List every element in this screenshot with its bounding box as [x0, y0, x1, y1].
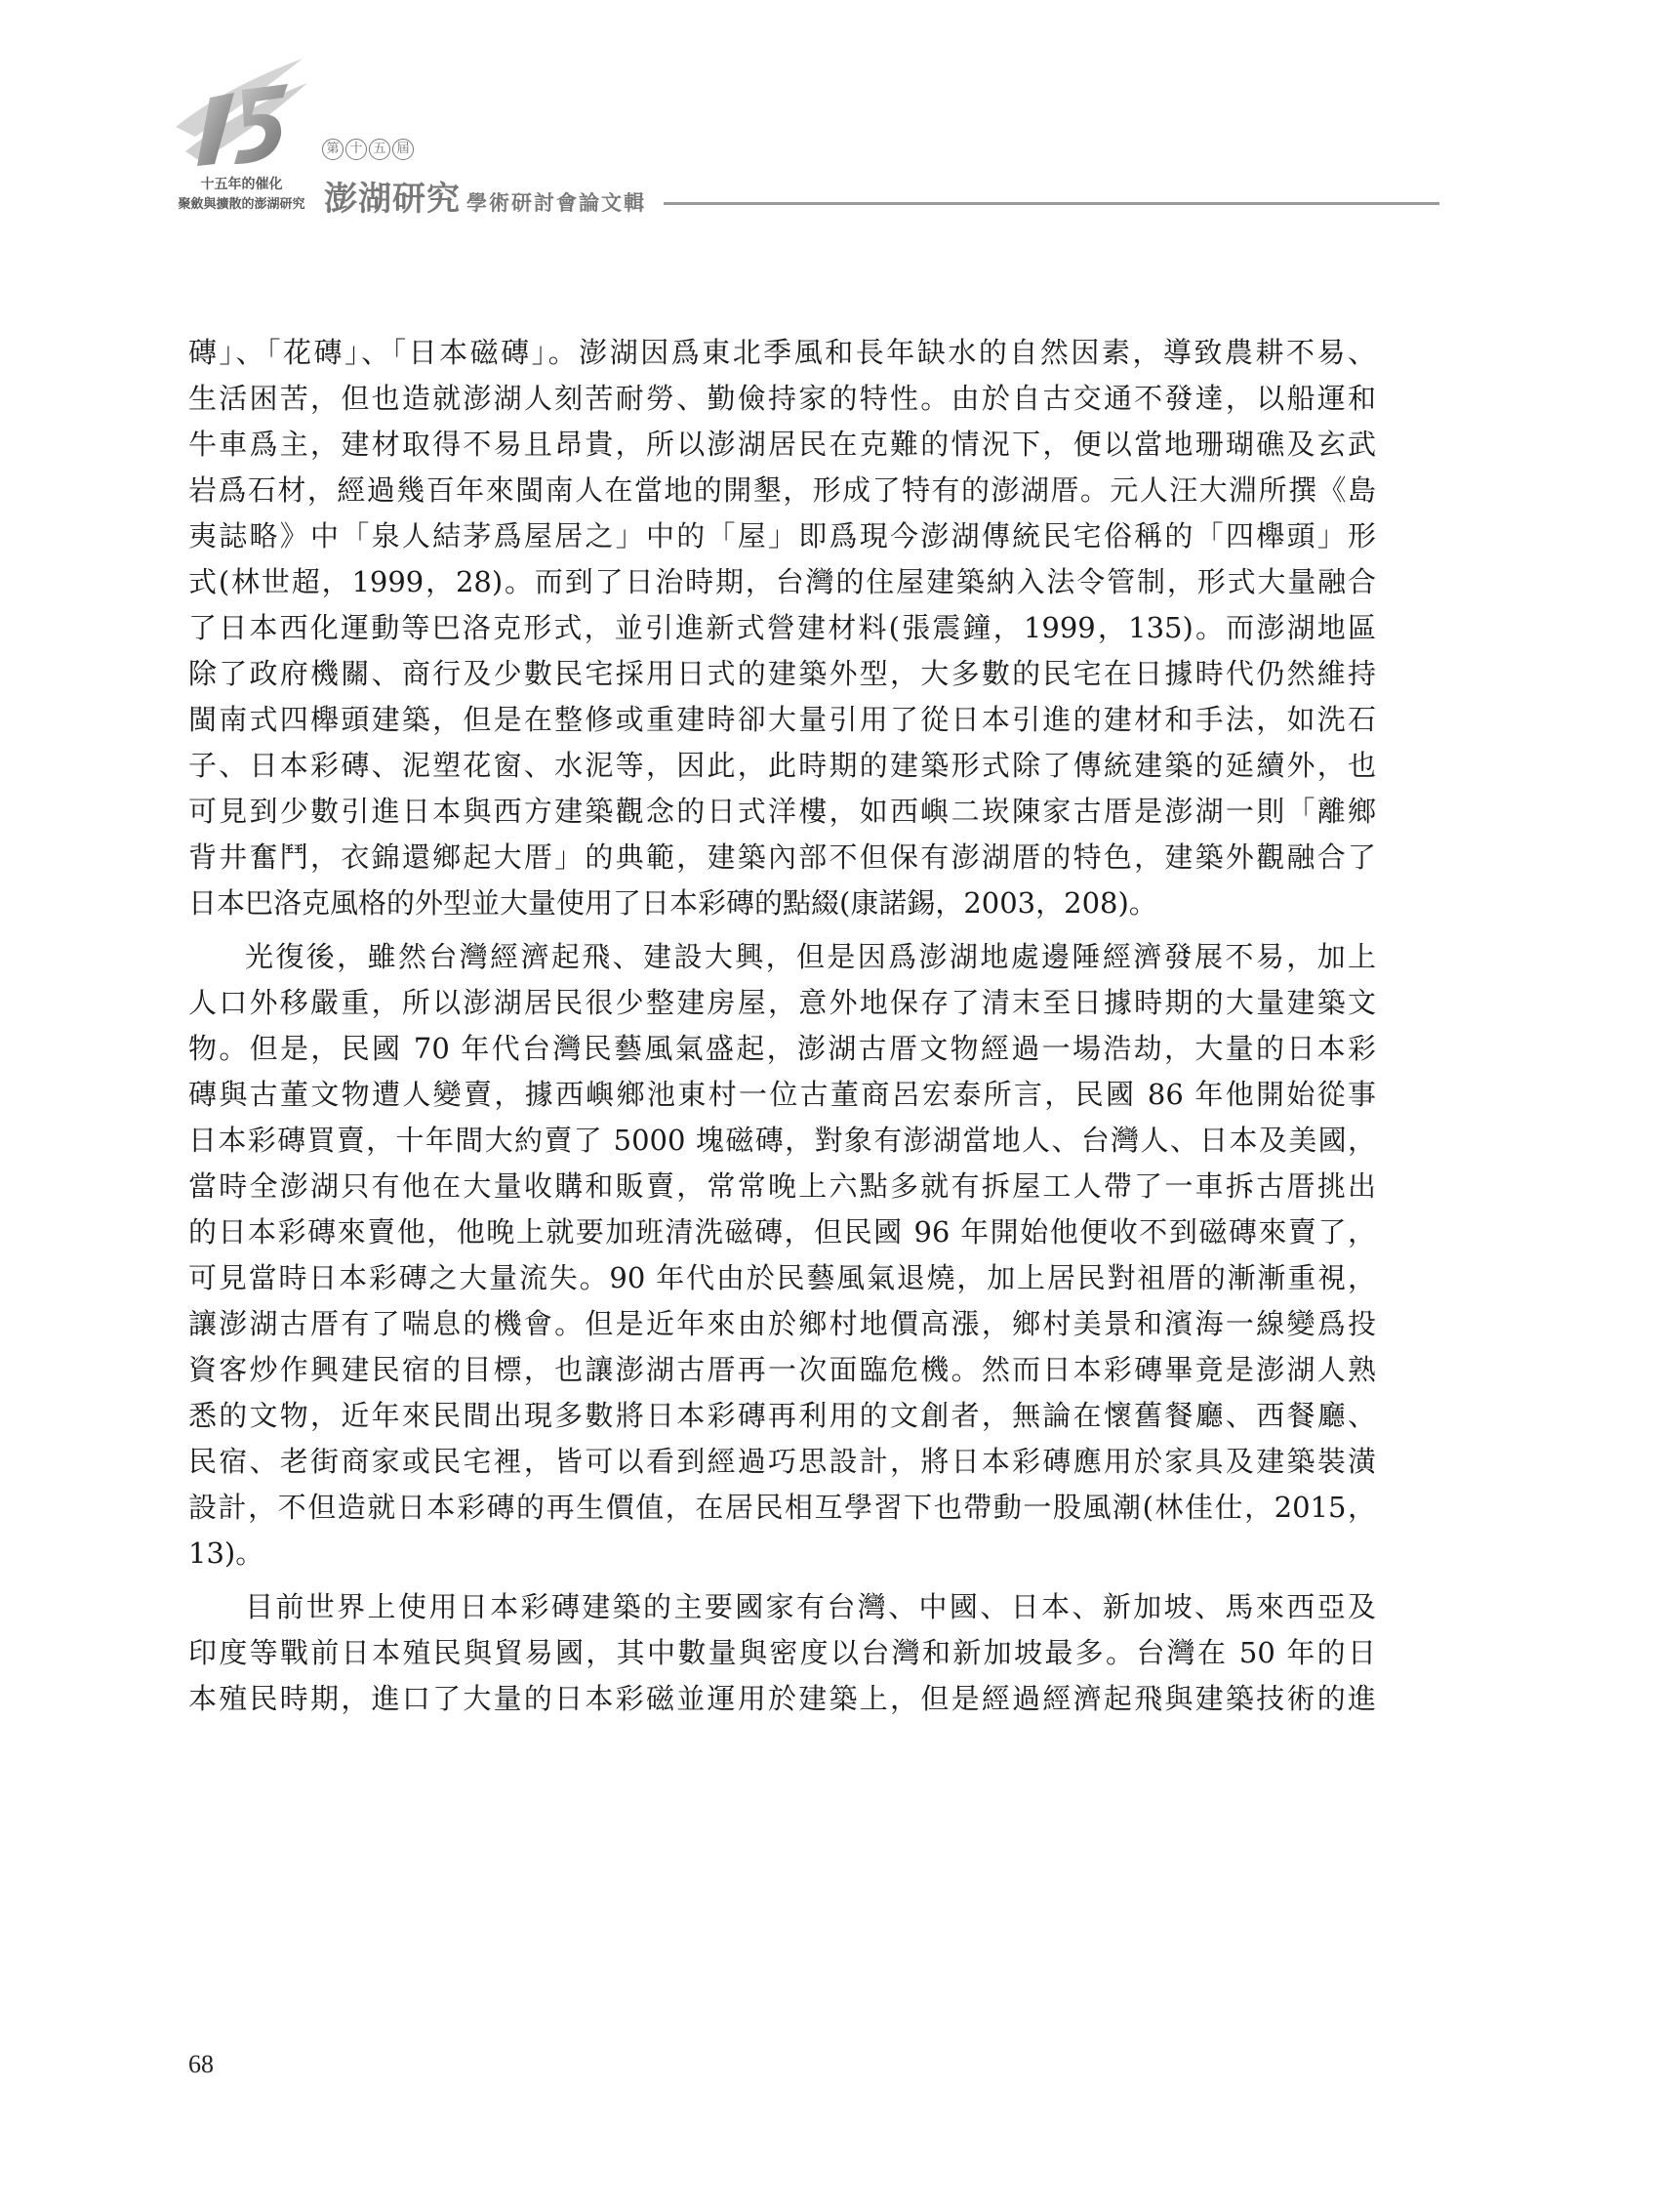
- text-line: 當時全澎湖只有他在大量收購和販賣，常常晚上六點多就有拆屋工人帶了一車拆古厝挑出: [188, 1164, 1376, 1209]
- paragraph-1: 磚」、「花磚」、「日本磁磚」。澎湖因爲東北季風和長年缺水的自然因素，導致農耕不易…: [188, 330, 1376, 926]
- text-line: 物。但是，民國 70 年代台灣民藝風氣盛起，澎湖古厝文物經過一場浩劫，大量的日本…: [188, 1026, 1376, 1072]
- journal-title-sub: 學術研討會論文輯: [466, 191, 646, 215]
- text-line: 印度等戰前日本殖民與貿易國，其中數量與密度以台灣和新加坡最多。台灣在 50 年的…: [188, 1630, 1376, 1676]
- page-number: 68: [188, 2050, 214, 2079]
- journal-title: 澎湖研究學術研討會論文輯: [324, 172, 646, 220]
- text-line: 人口外移嚴重，所以澎湖居民很少整建房屋，意外地保存了清末至日據時期的大量建築文: [188, 980, 1376, 1026]
- text-line: 可見當時日本彩磚之大量流失。90 年代由於民藝風氣退燒，加上居民對祖厝的漸漸重視…: [188, 1255, 1376, 1301]
- paragraph-gap: [188, 926, 1376, 934]
- text-line: 式(林世超，1999，28)。而到了日治時期，台灣的住屋建築納入法令管制，形式大…: [188, 559, 1376, 605]
- text-line: 除了政府機關、商行及少數民宅採用日式的建築外型，大多數的民宅在日據時代仍然維持: [188, 651, 1376, 697]
- edition-char: 屆: [392, 139, 414, 160]
- paragraph-gap: [188, 1577, 1376, 1584]
- text-line: 日本巴洛克風格的外型並大量使用了日本彩磚的點綴(康諾錫，2003，208)。: [188, 881, 1376, 926]
- edition-char: 第: [322, 139, 344, 160]
- paragraph-2: 光復後，雖然台灣經濟起飛、建設大興，但是因爲澎湖地處邊陲經濟發展不易，加上 人口…: [188, 934, 1376, 1577]
- text-line: 日本彩磚買賣，十年間大約賣了 5000 塊磁磚，對象有澎湖當地人、台灣人、日本及…: [188, 1118, 1376, 1164]
- text-line: 13)。: [188, 1531, 1376, 1577]
- edition-char: 五: [369, 139, 390, 160]
- text-line: 生活困苦，但也造就澎湖人刻苦耐勞、勤儉持家的特性。由於自古交通不發達，以船運和: [188, 376, 1376, 422]
- text-line: 子、日本彩磚、泥塑花窗、水泥等，因此，此時期的建築形式除了傳統建築的延續外，也: [188, 743, 1376, 789]
- text-line: 可見到少數引進日本與西方建築觀念的日式洋樓，如西嶼二崁陳家古厝是澎湖一則「離鄉: [188, 789, 1376, 835]
- text-line: 牛車爲主，建材取得不易且昂貴，所以澎湖居民在克難的情況下，便以當地珊瑚礁及玄武: [188, 422, 1376, 468]
- text-line: 夷誌略》中「泉人結茅爲屋居之」中的「屋」即爲現今澎湖傳統民宅俗稱的「四櫸頭」形: [188, 513, 1376, 559]
- text-line: 讓澎湖古厝有了喘息的機會。但是近年來由於鄉村地價高漲，鄉村美景和濱海一線變爲投: [188, 1301, 1376, 1347]
- body-text: 磚」、「花磚」、「日本磁磚」。澎湖因爲東北季風和長年缺水的自然因素，導致農耕不易…: [188, 330, 1376, 1722]
- text-line: 光復後，雖然台灣經濟起飛、建設大興，但是因爲澎湖地處邊陲經濟發展不易，加上: [188, 934, 1376, 980]
- text-line: 民宿、老街商家或民宅裡，皆可以看到經過巧思設計，將日本彩磚應用於家具及建築裝潢: [188, 1439, 1376, 1485]
- text-line: 設計，不但造就日本彩磚的再生價值，在居民相互學習下也帶動一股風潮(林佳仕，201…: [188, 1485, 1376, 1531]
- text-line: 磚」、「花磚」、「日本磁磚」。澎湖因爲東北季風和長年缺水的自然因素，導致農耕不易…: [188, 330, 1376, 376]
- text-line: 的日本彩磚來賣他，他晚上就要加班清洗磁磚，但民國 96 年開始他便收不到磁磚來賣…: [188, 1209, 1376, 1255]
- edition-char: 十: [345, 139, 367, 160]
- conference-logo: 十五年的催化 聚斂與擴散的澎湖研究: [156, 59, 312, 215]
- logo-caption-line1: 十五年的催化: [156, 174, 327, 193]
- paragraph-3: 目前世界上使用日本彩磚建築的主要國家有台灣、中國、日本、新加坡、馬來西亞及 印度…: [188, 1584, 1376, 1722]
- text-line: 閩南式四櫸頭建築，但是在整修或重建時卻大量引用了從日本引進的建材和手法，如洗石: [188, 697, 1376, 743]
- edition-badge: 第 十 五 屆: [322, 139, 414, 160]
- text-line: 岩爲石材，經過幾百年來閩南人在當地的開墾，形成了特有的澎湖厝。元人汪大淵所撰《島: [188, 468, 1376, 513]
- text-line: 了日本西化運動等巴洛克形式，並引進新式營建材料(張震鐘，1999，135)。而澎…: [188, 605, 1376, 651]
- text-line: 背井奮鬥，衣錦還鄉起大厝」的典範，建築內部不但保有澎湖厝的特色，建築外觀融合了: [188, 835, 1376, 881]
- page-header: 十五年的催化 聚斂與擴散的澎湖研究 第 十 五 屆 澎湖研究學術研討會論文輯: [0, 0, 1659, 234]
- logo-15-icon: [166, 59, 312, 171]
- text-line: 磚與古董文物遭人變賣，據西嶼鄉池東村一位古董商呂宏泰所言，民國 86 年他開始從…: [188, 1072, 1376, 1118]
- text-line: 本殖民時期，進口了大量的日本彩磁並運用於建築上，但是經過經濟起飛與建築技術的進: [188, 1676, 1376, 1722]
- text-line: 目前世界上使用日本彩磚建築的主要國家有台灣、中國、日本、新加坡、馬來西亞及: [188, 1584, 1376, 1630]
- header-divider: [664, 202, 1439, 205]
- text-line: 悉的文物，近年來民間出現多數將日本彩磚再利用的文創者，無論在懷舊餐廳、西餐廳、: [188, 1393, 1376, 1439]
- text-line: 資客炒作興建民宿的目標，也讓澎湖古厝再一次面臨危機。然而日本彩磚畢竟是澎湖人熟: [188, 1347, 1376, 1393]
- journal-title-main: 澎湖研究: [324, 180, 461, 219]
- logo-caption-line2: 聚斂與擴散的澎湖研究: [156, 193, 327, 212]
